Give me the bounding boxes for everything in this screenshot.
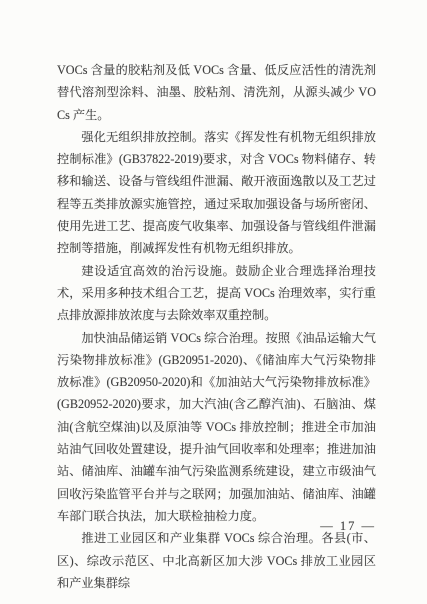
paragraph: 推进工业园区和产业集群 VOCs 综合治理。各县(市、区)、综改示范区、中北高新… [57, 527, 376, 594]
page-number: — 17 — [57, 519, 376, 534]
paragraph: 强化无组织排放控制。落实《挥发性有机物无组织排放控制标准》(GB37822-20… [57, 126, 376, 260]
paragraph: VOCs 含量的胶粘剂及低 VOCs 含量、低反应活性的清洗剂替代溶剂型涂料、油… [57, 59, 376, 126]
page-body-text: VOCs 含量的胶粘剂及低 VOCs 含量、低反应活性的清洗剂替代溶剂型涂料、油… [57, 59, 376, 594]
paragraph: 建设适宜高效的治污设施。鼓励企业合理选择治理技术，采用多种技术组合工艺，提高 V… [57, 260, 376, 327]
document-page: VOCs 含量的胶粘剂及低 VOCs 含量、低反应活性的清洗剂替代溶剂型涂料、油… [0, 0, 427, 604]
paragraph: 加快油品储运销 VOCs 综合治理。按照《油品运输大气污染物排放标准》(GB20… [57, 327, 376, 528]
